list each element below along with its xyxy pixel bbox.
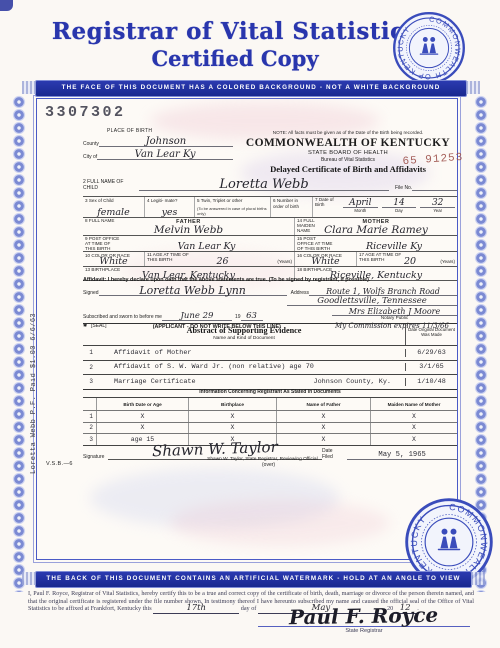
- mother-name-value: Clara Marie Ramey: [295, 226, 457, 235]
- cert-day-value: 17th: [186, 603, 206, 613]
- legitimate-label: 4 Legiti- mate?: [147, 198, 177, 203]
- info-cell: X: [96, 423, 188, 434]
- info-table-title: Information Concerning Registrant As Sta…: [83, 389, 457, 395]
- field-row-post-office: 9 POST OFFICE AT TIME OF THIS BIRTH Van …: [83, 236, 457, 252]
- address-label: Address: [291, 291, 309, 297]
- place-of-birth-block: PLACE OF BIRTH County Johnson City of Va…: [83, 128, 233, 160]
- note-text: NOTE: All facts must be given as of the …: [238, 130, 458, 135]
- father-age-unit: (Years): [277, 260, 292, 265]
- sworn-date-value: June 29: [162, 313, 232, 321]
- info-header-father: Name of Father: [276, 398, 370, 410]
- back-banner-text: THE BACK OF THIS DOCUMENT CONTAINS AN AR…: [46, 575, 460, 582]
- mother-po-value: Riceville Ky: [331, 242, 457, 251]
- affidavit-block: Affidavit: I hereby declare upon oath th…: [83, 277, 457, 330]
- field-grid: 3 Sex of Child female 4 Legiti- mate? ye…: [83, 196, 457, 281]
- abstract-row-name: Affidavit of S. W. Ward Jr. (non relativ…: [114, 363, 314, 371]
- info-table-header-row: Birth Date or Age Birthplace Name of Fat…: [83, 398, 457, 410]
- face-banner: THE FACE OF THIS DOCUMENT HAS A COLORED …: [35, 80, 467, 97]
- birth-order-label: 6 Number in order of birth: [273, 198, 299, 209]
- father-name-label: 8 FULL NAME: [85, 219, 114, 224]
- city-label: City of: [83, 155, 97, 161]
- abstract-row: 2 Affidavit of S. W. Ward Jr. (non relat…: [83, 360, 457, 375]
- info-cell: X: [188, 411, 276, 422]
- field-row-parent-names: 8 FULL NAME FATHER Melvin Webb 14 FULL M…: [83, 218, 457, 236]
- dob-label: 7 Date of Birth: [315, 198, 343, 208]
- father-age-value: 26: [185, 257, 260, 266]
- state-registrar-signature-block: Paul F. Royce State Registrar: [258, 604, 470, 634]
- info-row-num: 1: [83, 413, 96, 420]
- file-no-blank: [412, 183, 457, 191]
- info-header-mother: Maiden Name of Mother: [370, 398, 457, 410]
- mother-age-value: 20: [397, 257, 423, 266]
- certified-copy-document: Registrar of Vital Statistics Certified …: [0, 0, 500, 648]
- abstract-row-name: Affidavit of Mother: [114, 349, 192, 357]
- county-value: Johnson: [99, 137, 233, 147]
- dob-month-sublabel: Month: [343, 208, 378, 213]
- info-row-num: 2: [83, 424, 96, 431]
- abstract-table: Abstract of Supporting Evidence Name and…: [83, 323, 457, 390]
- sex-value: female: [83, 208, 144, 217]
- field-row-sex-dob: 3 Sex of Child female 4 Legiti- mate? ye…: [83, 197, 457, 218]
- file-no-label: File No.: [395, 186, 412, 192]
- back-banner: THE BACK OF THIS DOCUMENT CONTAINS AN AR…: [35, 571, 472, 588]
- review-signature-row: Signature Shawn W. Taylor Shawn W. Taylo…: [83, 441, 457, 460]
- abstract-row-num: 2: [83, 364, 96, 371]
- child-name-label: 2 FULL NAME OF CHILD: [83, 180, 139, 191]
- twin-note: (To be answered in case of plural births…: [197, 206, 268, 216]
- signature-label: Signature: [83, 455, 104, 461]
- abstract-row-num: 3: [83, 378, 96, 385]
- commonwealth-title: COMMONWEALTH OF KENTUCKY: [238, 137, 458, 149]
- info-cell: X: [370, 411, 457, 422]
- face-banner-text: THE FACE OF THIS DOCUMENT HAS A COLORED …: [62, 84, 441, 91]
- mother-race-value: White: [295, 257, 356, 266]
- city-value: Van Lear Ky: [97, 150, 233, 160]
- abstract-row-extra: [391, 349, 405, 357]
- county-label: County: [83, 142, 99, 148]
- address-line2: Goodlettsville, Tennessee: [287, 298, 457, 306]
- sworn-label: Subscribed and sworn to before me: [83, 315, 162, 321]
- info-table-row: 1 X X X X: [83, 410, 457, 422]
- info-cell: X: [276, 423, 370, 434]
- signed-value: Loretta Webb Lynn: [99, 286, 287, 296]
- abstract-row: 3 Marriage Certificate Johnson County, K…: [83, 374, 457, 389]
- abstract-title: Abstract of Supporting Evidence: [83, 326, 405, 335]
- abstract-row-date: 1/10/48: [405, 378, 457, 386]
- mother-po-label: 15 POST OFFICE AT TIME OF THIS BIRTH: [297, 237, 333, 251]
- affidavit-declaration: Affidavit: I hereby declare upon oath th…: [83, 277, 457, 283]
- child-name-value: Loretta Webb: [139, 179, 389, 191]
- father-race-value: White: [83, 257, 144, 266]
- abstract-row-num: 1: [83, 349, 96, 356]
- form-number: V.S.B.—6: [46, 461, 73, 467]
- father-name-value: Melvin Webb: [83, 226, 294, 235]
- info-cell: X: [370, 423, 457, 434]
- child-name-row: 2 FULL NAME OF CHILD Loretta Webb File N…: [83, 179, 457, 191]
- address-line1: Route 1, Wolfs Branch Road: [309, 288, 457, 296]
- dob-month-value: April: [343, 199, 378, 208]
- info-cell: X: [188, 423, 276, 434]
- dob-year-sublabel: Year: [420, 208, 455, 213]
- margin-payment-note: Loretta Webb P.F. Paid $1.00 6/6/63: [30, 248, 43, 474]
- place-of-birth-label: PLACE OF BIRTH: [107, 128, 233, 134]
- serial-number: 3307302: [45, 104, 126, 121]
- abstract-row-date: 3/1/65: [405, 363, 457, 371]
- father-po-value: Van Lear Ky: [119, 242, 294, 251]
- father-po-label: 9 POST OFFICE AT TIME OF THIS BIRTH: [85, 237, 121, 251]
- heading-block: NOTE: All facts must be given as of the …: [238, 130, 458, 174]
- day-of-label: day of: [241, 605, 257, 612]
- abstract-subtitle: Name and Kind of Document: [83, 336, 405, 341]
- info-cell: X: [276, 411, 370, 422]
- sex-label: 3 Sex of Child: [85, 198, 114, 203]
- reviewer-signature: Shawn W. Taylor: [152, 441, 278, 458]
- dob-day-value: 14: [382, 199, 417, 208]
- field-row-race-age: 10 COLOR OR RACE White 11 AGE AT TIME OF…: [83, 252, 457, 267]
- notary-label: Notary Public: [332, 316, 457, 321]
- abstract-row-name: Marriage Certificate: [114, 378, 196, 386]
- legitimate-value: yes: [145, 208, 194, 217]
- abstract-row-date: 6/29/63: [405, 349, 457, 357]
- signed-label: Signed: [83, 291, 99, 297]
- abstract-date-header: Date Original Document Was Made: [405, 324, 457, 345]
- abstract-row-extra: Johnson County, Ky.: [314, 378, 406, 386]
- info-cell: X: [96, 411, 188, 422]
- state-registrar-signature: Paul F. Royce: [289, 603, 439, 630]
- over-note: (over): [262, 462, 275, 468]
- sworn-year-value: 63: [241, 313, 263, 321]
- abstract-row: 1 Affidavit of Mother 6/29/63: [83, 345, 457, 360]
- info-header-birthplace: Birthplace: [188, 398, 276, 410]
- info-header-birthdate: Birth Date or Age: [96, 398, 188, 410]
- mother-age-unit: (Years): [440, 260, 455, 265]
- dob-year-value: 32: [420, 199, 455, 208]
- dob-day-sublabel: Day: [382, 208, 417, 213]
- abstract-row-extra: [391, 363, 405, 371]
- info-table-row: 2 X X X X: [83, 422, 457, 434]
- twin-label: 5 Twin, Triplet or other: [197, 198, 242, 203]
